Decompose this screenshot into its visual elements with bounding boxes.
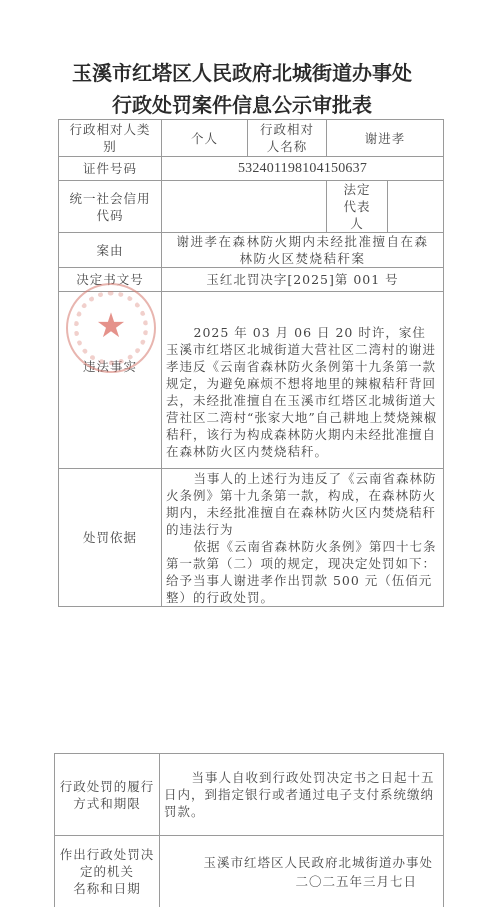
party-type-value: 个人 bbox=[162, 120, 248, 157]
id-number-label: 证件号码 bbox=[59, 157, 162, 181]
party-name-value: 谢进孝 bbox=[327, 120, 444, 157]
legal-rep-value bbox=[388, 181, 444, 233]
case-cause-value: 谢进孝在森林防火期内未经批准擅自在森林防火区焚烧秸秆案 bbox=[162, 233, 444, 268]
authority-label-line3: 名称和日期 bbox=[59, 880, 155, 897]
authority-label-line1: 作出行政处罚决 bbox=[59, 846, 155, 863]
decision-no-value: 玉红北罚决字[2025]第 001 号 bbox=[162, 268, 444, 292]
basis-label: 处罚依据 bbox=[59, 469, 162, 607]
facts-value: 2025 年 03 月 06 日 20 时许，家住玉溪市红塔区北城街道大营社区二… bbox=[162, 292, 444, 469]
authority-label-line2: 定的机关 bbox=[59, 863, 155, 880]
document-title-line2: 行政处罚案件信息公示审批表 bbox=[0, 89, 484, 118]
table-row-authority: 作出行政处罚决 定的机关 名称和日期 玉溪市红塔区人民政府北城街道办事处 二〇二… bbox=[55, 836, 444, 907]
document-title-line1: 玉溪市红塔区人民政府北城街道办事处 bbox=[0, 57, 484, 86]
authority-date: 二〇二五年三月七日 bbox=[164, 872, 433, 891]
credit-code-label: 统一社会信用代码 bbox=[59, 181, 162, 233]
execution-label: 行政处罚的履行方式和期限 bbox=[55, 754, 160, 836]
party-name-label: 行政相对人名称 bbox=[248, 120, 327, 157]
basis-paragraph-1: 当事人的上述行为违反了《云南省森林防火条例》第十九条第一款，构成，在森林防火期内… bbox=[166, 470, 438, 538]
authority-label: 作出行政处罚决 定的机关 名称和日期 bbox=[55, 836, 160, 907]
credit-code-value bbox=[162, 181, 327, 233]
legal-rep-label: 法定代表人 bbox=[327, 181, 388, 233]
basis-value: 当事人的上述行为违反了《云南省森林防火条例》第十九条第一款，构成，在森林防火期内… bbox=[162, 469, 444, 607]
table-row-credit: 统一社会信用代码 法定代表人 bbox=[59, 181, 444, 233]
authority-name: 玉溪市红塔区人民政府北城街道办事处 bbox=[164, 853, 433, 872]
table-row-party: 行政相对人类别 个人 行政相对人名称 谢进孝 bbox=[59, 120, 444, 157]
case-cause-label: 案由 bbox=[59, 233, 162, 268]
star-icon: ★ bbox=[68, 309, 154, 343]
execution-table: 行政处罚的履行方式和期限 当事人自收到行政处罚决定书之日起十五日内，到指定银行或… bbox=[54, 753, 444, 907]
party-type-label: 行政相对人类别 bbox=[59, 120, 162, 157]
id-number-value: 532401198104150637 bbox=[162, 157, 444, 181]
table-row-basis: 处罚依据 当事人的上述行为违反了《云南省森林防火条例》第十九条第一款，构成，在森… bbox=[59, 469, 444, 607]
authority-signature: 玉溪市红塔区人民政府北城街道办事处 二〇二五年三月七日 bbox=[160, 836, 444, 907]
table-row-id: 证件号码 532401198104150637 bbox=[59, 157, 444, 181]
execution-value: 当事人自收到行政处罚决定书之日起十五日内，到指定银行或者通过电子支付系统缴纳罚款… bbox=[160, 754, 444, 836]
basis-paragraph-2: 依据《云南省森林防火条例》第四十七条第一款第（二）项的规定，现决定处罚如下：给予… bbox=[166, 538, 438, 606]
table-row-execution: 行政处罚的履行方式和期限 当事人自收到行政处罚决定书之日起十五日内，到指定银行或… bbox=[55, 754, 444, 836]
table-row-case-cause: 案由 谢进孝在森林防火期内未经批准擅自在森林防火区焚烧秸秆案 bbox=[59, 233, 444, 268]
official-seal-icon: ★ bbox=[66, 283, 156, 373]
